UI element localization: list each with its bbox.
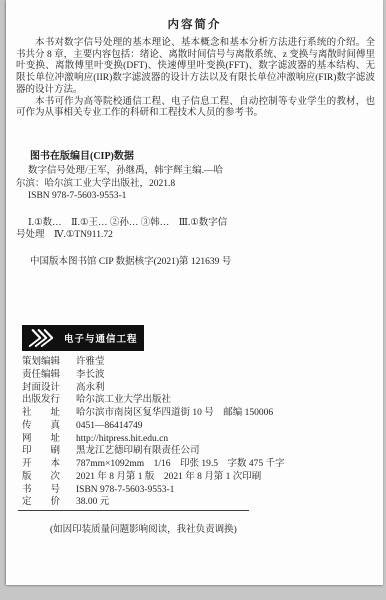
cip-isbn: ISBN 978-7-5603-9553-1: [28, 190, 375, 202]
summary-paragraph-2: 本书可作为高等院校通信工程、电子信息工程、自动控制等专业学生的教材，也可作为从事…: [16, 97, 375, 120]
cip-classification-line-1: Ⅰ.①数… Ⅱ.①王… ②孙… ③韩… Ⅲ.①数字信: [28, 217, 375, 229]
colophon-value: ISBN 978-7-5603-9553-1: [76, 484, 377, 497]
colophon-label: 印 刷: [22, 445, 62, 458]
colophon-row: 封面设计高永利: [22, 382, 377, 395]
colophon-row: 策划编辑许雅莹: [22, 356, 377, 369]
cip-title-author-line: 数字信号处理/王军，孙继禹，韩宇辉主编.—哈: [28, 165, 375, 177]
cip-heading: 图书在版编目(CIP)数据: [30, 151, 375, 163]
colophon-label: 策划编辑: [22, 356, 62, 369]
cip-classification-line-2: 号处理 Ⅳ.①TN911.72: [16, 229, 375, 241]
cip-publisher-line: 尔滨：哈尔滨工业大学出版社，2021.8: [16, 178, 375, 190]
colophon-label: 封面设计: [22, 382, 62, 395]
colophon-label: 网 址: [22, 433, 62, 446]
quality-exchange-note: (如因印装质量问题影响阅读，我社负责调换): [50, 521, 237, 535]
colophon-value: 787mm×1092mm 1/16 印张 19.5 字数 475 千字: [76, 458, 377, 471]
colophon-value: 2021 年 8 月第 1 版 2021 年 8 月第 1 次印刷: [76, 471, 377, 484]
cip-record-number: 中国版本图书馆 CIP 数据核字(2021)第 121639 号: [30, 256, 375, 268]
colophon-label: 定 价: [22, 496, 62, 509]
colophon-row: 网 址http://hitpress.hit.edu.cn: [22, 433, 377, 446]
colophon-label: 书 号: [22, 484, 62, 497]
summary-body: 本书对数字信号处理的基本理论、基本概念和基本分析方法进行系统的介绍。全书共分 8…: [16, 38, 375, 120]
cip-block: 图书在版编目(CIP)数据 数字信号处理/王军，孙继禹，韩宇辉主编.—哈 尔滨：…: [16, 151, 375, 268]
book-copyright-page: 内容简介 本书对数字信号处理的基本理论、基本概念和基本分析方法进行系统的介绍。全…: [6, 0, 383, 585]
colophon-row: 版 次2021 年 8 月第 1 版 2021 年 8 月第 1 次印刷: [22, 471, 377, 484]
colophon-row: 社 址哈尔滨市南岗区复华四道街 10 号 邮编 150006: [22, 407, 377, 420]
series-badge-label: 电子与通信工程: [64, 331, 138, 345]
colophon-row: 印 刷黑龙江艺德印刷有限责任公司: [22, 445, 377, 458]
summary-paragraph-1: 本书对数字信号处理的基本理论、基本概念和基本分析方法进行系统的介绍。全书共分 8…: [16, 38, 375, 97]
colophon-value: 0451—86414749: [76, 420, 377, 433]
colophon-value: 李长波: [76, 369, 377, 382]
colophon-row: 开 本787mm×1092mm 1/16 印张 19.5 字数 475 千字: [22, 458, 377, 471]
series-badge: 电子与通信工程: [22, 325, 144, 351]
colophon-label: 社 址: [22, 407, 62, 420]
colophon-row: 定 价38.00 元: [22, 496, 377, 509]
summary-title: 内容简介: [6, 16, 383, 32]
colophon-label: 版 次: [22, 471, 62, 484]
colophon-value: 38.00 元: [76, 496, 377, 509]
colophon-value: 哈尔滨工业大学出版社: [76, 394, 377, 407]
colophon-value: 黑龙江艺德印刷有限责任公司: [76, 445, 377, 458]
colophon-label: 传 真: [22, 420, 62, 433]
colophon-row: 责任编辑李长波: [22, 369, 377, 382]
colophon-value: 哈尔滨市南岗区复华四道街 10 号 邮编 150006: [76, 407, 377, 420]
colophon-label: 出版发行: [22, 394, 62, 407]
colophon-value: 许雅莹: [76, 356, 377, 369]
footer-divider: [18, 510, 249, 511]
colophon-row: 出版发行哈尔滨工业大学出版社: [22, 394, 377, 407]
colophon-label: 开 本: [22, 458, 62, 471]
colophon-value: http://hitpress.hit.edu.cn: [76, 433, 377, 446]
triple-chevron-right-icon: [26, 328, 58, 348]
colophon-value: 高永利: [76, 382, 377, 395]
colophon-row: 书 号ISBN 978-7-5603-9553-1: [22, 484, 377, 497]
colophon-block: 策划编辑许雅莹 责任编辑李长波 封面设计高永利 出版发行哈尔滨工业大学出版社 社…: [22, 356, 377, 509]
colophon-label: 责任编辑: [22, 369, 62, 382]
colophon-row: 传 真0451—86414749: [22, 420, 377, 433]
